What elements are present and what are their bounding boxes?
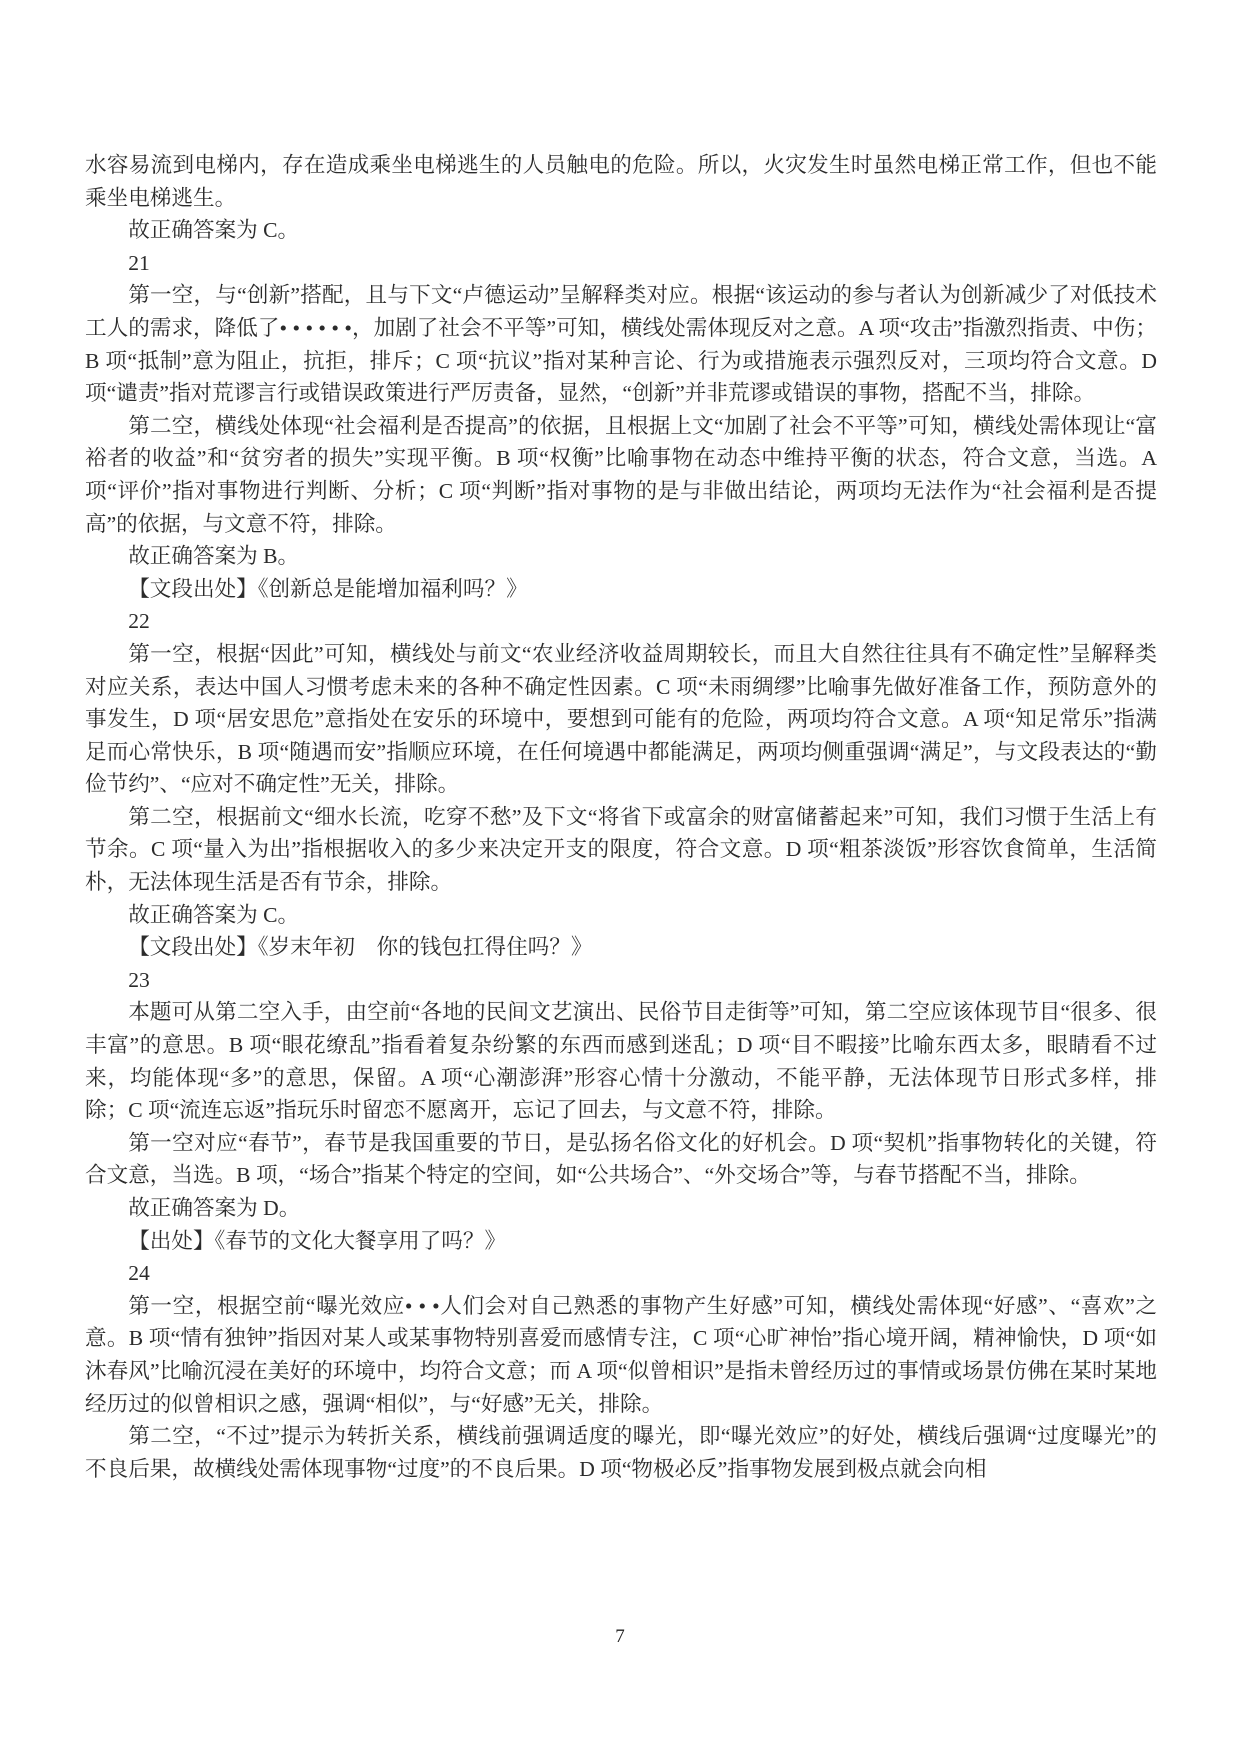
- answer-line-q22: 故正确答案为 C。: [85, 899, 1157, 932]
- analysis-paragraph-23-blank2: 本题可从第二空入手，由空前“各地的民间文艺演出、民俗节目走街等”可知，第二空应该…: [85, 996, 1157, 1126]
- analysis-paragraph-24-blank2: 第二空，“不过”提示为转折关系，横线前强调适度的曝光，即“曝光效应”的好处，横线…: [85, 1420, 1157, 1485]
- answer-line-q21: 故正确答案为 B。: [85, 540, 1157, 573]
- paragraph-continuation: 水容易流到电梯内，存在造成乘坐电梯逃生的人员触电的危险。所以，火灾发生时虽然电梯…: [85, 149, 1157, 214]
- answer-line-q20: 故正确答案为 C。: [85, 214, 1157, 247]
- answer-line-q23: 故正确答案为 D。: [85, 1192, 1157, 1225]
- analysis-paragraph-21-blank1: 第一空，与“创新”搭配，且与下文“卢德运动”呈解释类对应。根据“该运动的参与者认…: [85, 279, 1157, 409]
- analysis-paragraph-24-blank1: 第一空，根据空前“曝光效应• • •人们会对自己熟悉的事物产生好感”可知，横线处…: [85, 1290, 1157, 1420]
- analysis-paragraph-23-blank1: 第一空对应“春节”，春节是我国重要的节日，是弘扬名俗文化的好机会。D 项“契机”…: [85, 1127, 1157, 1192]
- analysis-paragraph-22-blank1: 第一空，根据“因此”可知，横线处与前文“农业经济收益周期较长，而且大自然往往具有…: [85, 638, 1157, 801]
- question-number-22: 22: [85, 605, 1157, 638]
- document-page: 水容易流到电梯内，存在造成乘坐电梯逃生的人员触电的危险。所以，火灾发生时虽然电梯…: [0, 0, 1240, 1754]
- analysis-paragraph-22-blank2: 第二空，根据前文“细水长流，吃穿不愁”及下文“将省下或富余的财富储蓄起来”可知，…: [85, 801, 1157, 899]
- source-line-q22: 【文段出处】《岁末年初 你的钱包扛得住吗？》: [85, 931, 1157, 964]
- question-number-24: 24: [85, 1257, 1157, 1290]
- page-number: 7: [0, 1622, 1240, 1652]
- source-line-q21: 【文段出处】《创新总是能增加福利吗？》: [85, 573, 1157, 606]
- source-line-q23: 【出处】《春节的文化大餐享用了吗？》: [85, 1225, 1157, 1258]
- question-number-21: 21: [85, 247, 1157, 280]
- text-block: 水容易流到电梯内，存在造成乘坐电梯逃生的人员触电的危险。所以，火灾发生时虽然电梯…: [85, 149, 1157, 1485]
- analysis-paragraph-21-blank2: 第二空，横线处体现“社会福利是否提高”的依据，且根据上文“加剧了社会不平等”可知…: [85, 410, 1157, 540]
- question-number-23: 23: [85, 964, 1157, 997]
